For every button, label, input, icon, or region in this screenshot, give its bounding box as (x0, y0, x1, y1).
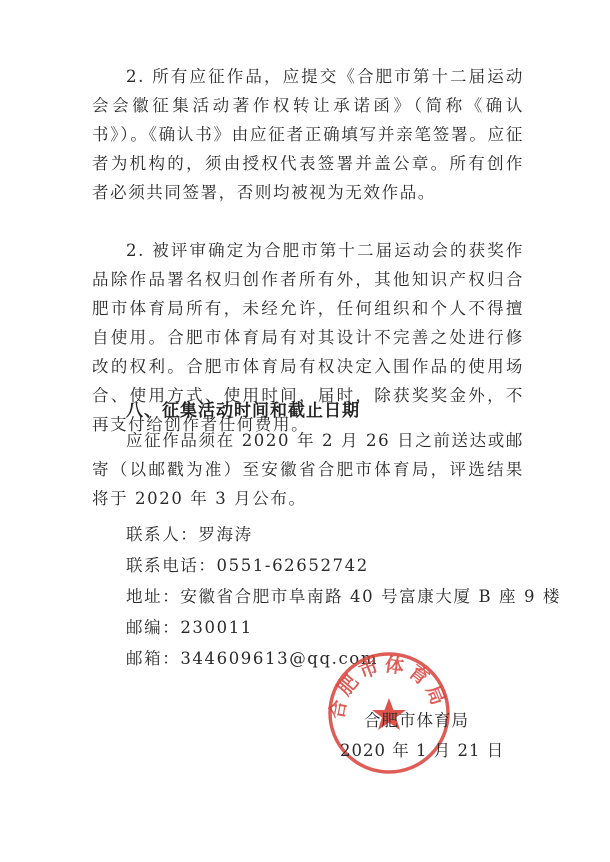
signature-date: 2020 年 1 月 21 日 (340, 737, 504, 761)
contact-postcode-value: 230011 (180, 618, 253, 637)
contact-address: 地址：安徽省合肥市阜南路 40 号富康大厦 B 座 9 楼 (126, 582, 561, 612)
paragraph-deadline: 应征作品须在 2020 年 2 月 26 日之前送达或邮寄（以邮戳为准）至安徽省… (92, 426, 524, 513)
contact-phone-label: 联系电话： (126, 556, 217, 575)
document-page: 2. 所有应征作品，应提交《合肥市第十二届运动会会徽征集活动著作权转让承诺函》（… (0, 0, 610, 862)
signature-organization: 合肥市体育局 (364, 707, 469, 731)
paragraph-confirmation-letter: 2. 所有应征作品，应提交《合肥市第十二届运动会会徽征集活动著作权转让承诺函》（… (92, 62, 524, 207)
contact-phone-value: 0551-62652742 (217, 556, 369, 575)
contact-postcode-label: 邮编： (126, 618, 180, 637)
contact-address-value: 安徽省合肥市阜南路 40 号富康大厦 B 座 9 楼 (180, 587, 561, 606)
contact-phone: 联系电话：0551-62652742 (126, 551, 369, 581)
contact-email-label: 邮箱： (126, 649, 180, 668)
section-heading: 八、征集活动时间和截止日期 (126, 397, 360, 426)
contact-person-label: 联系人： (126, 525, 198, 544)
contact-person: 联系人：罗海涛 (126, 520, 253, 550)
contact-person-value: 罗海涛 (198, 525, 252, 544)
contact-address-label: 地址： (126, 587, 180, 606)
contact-postcode: 邮编：230011 (126, 613, 253, 643)
